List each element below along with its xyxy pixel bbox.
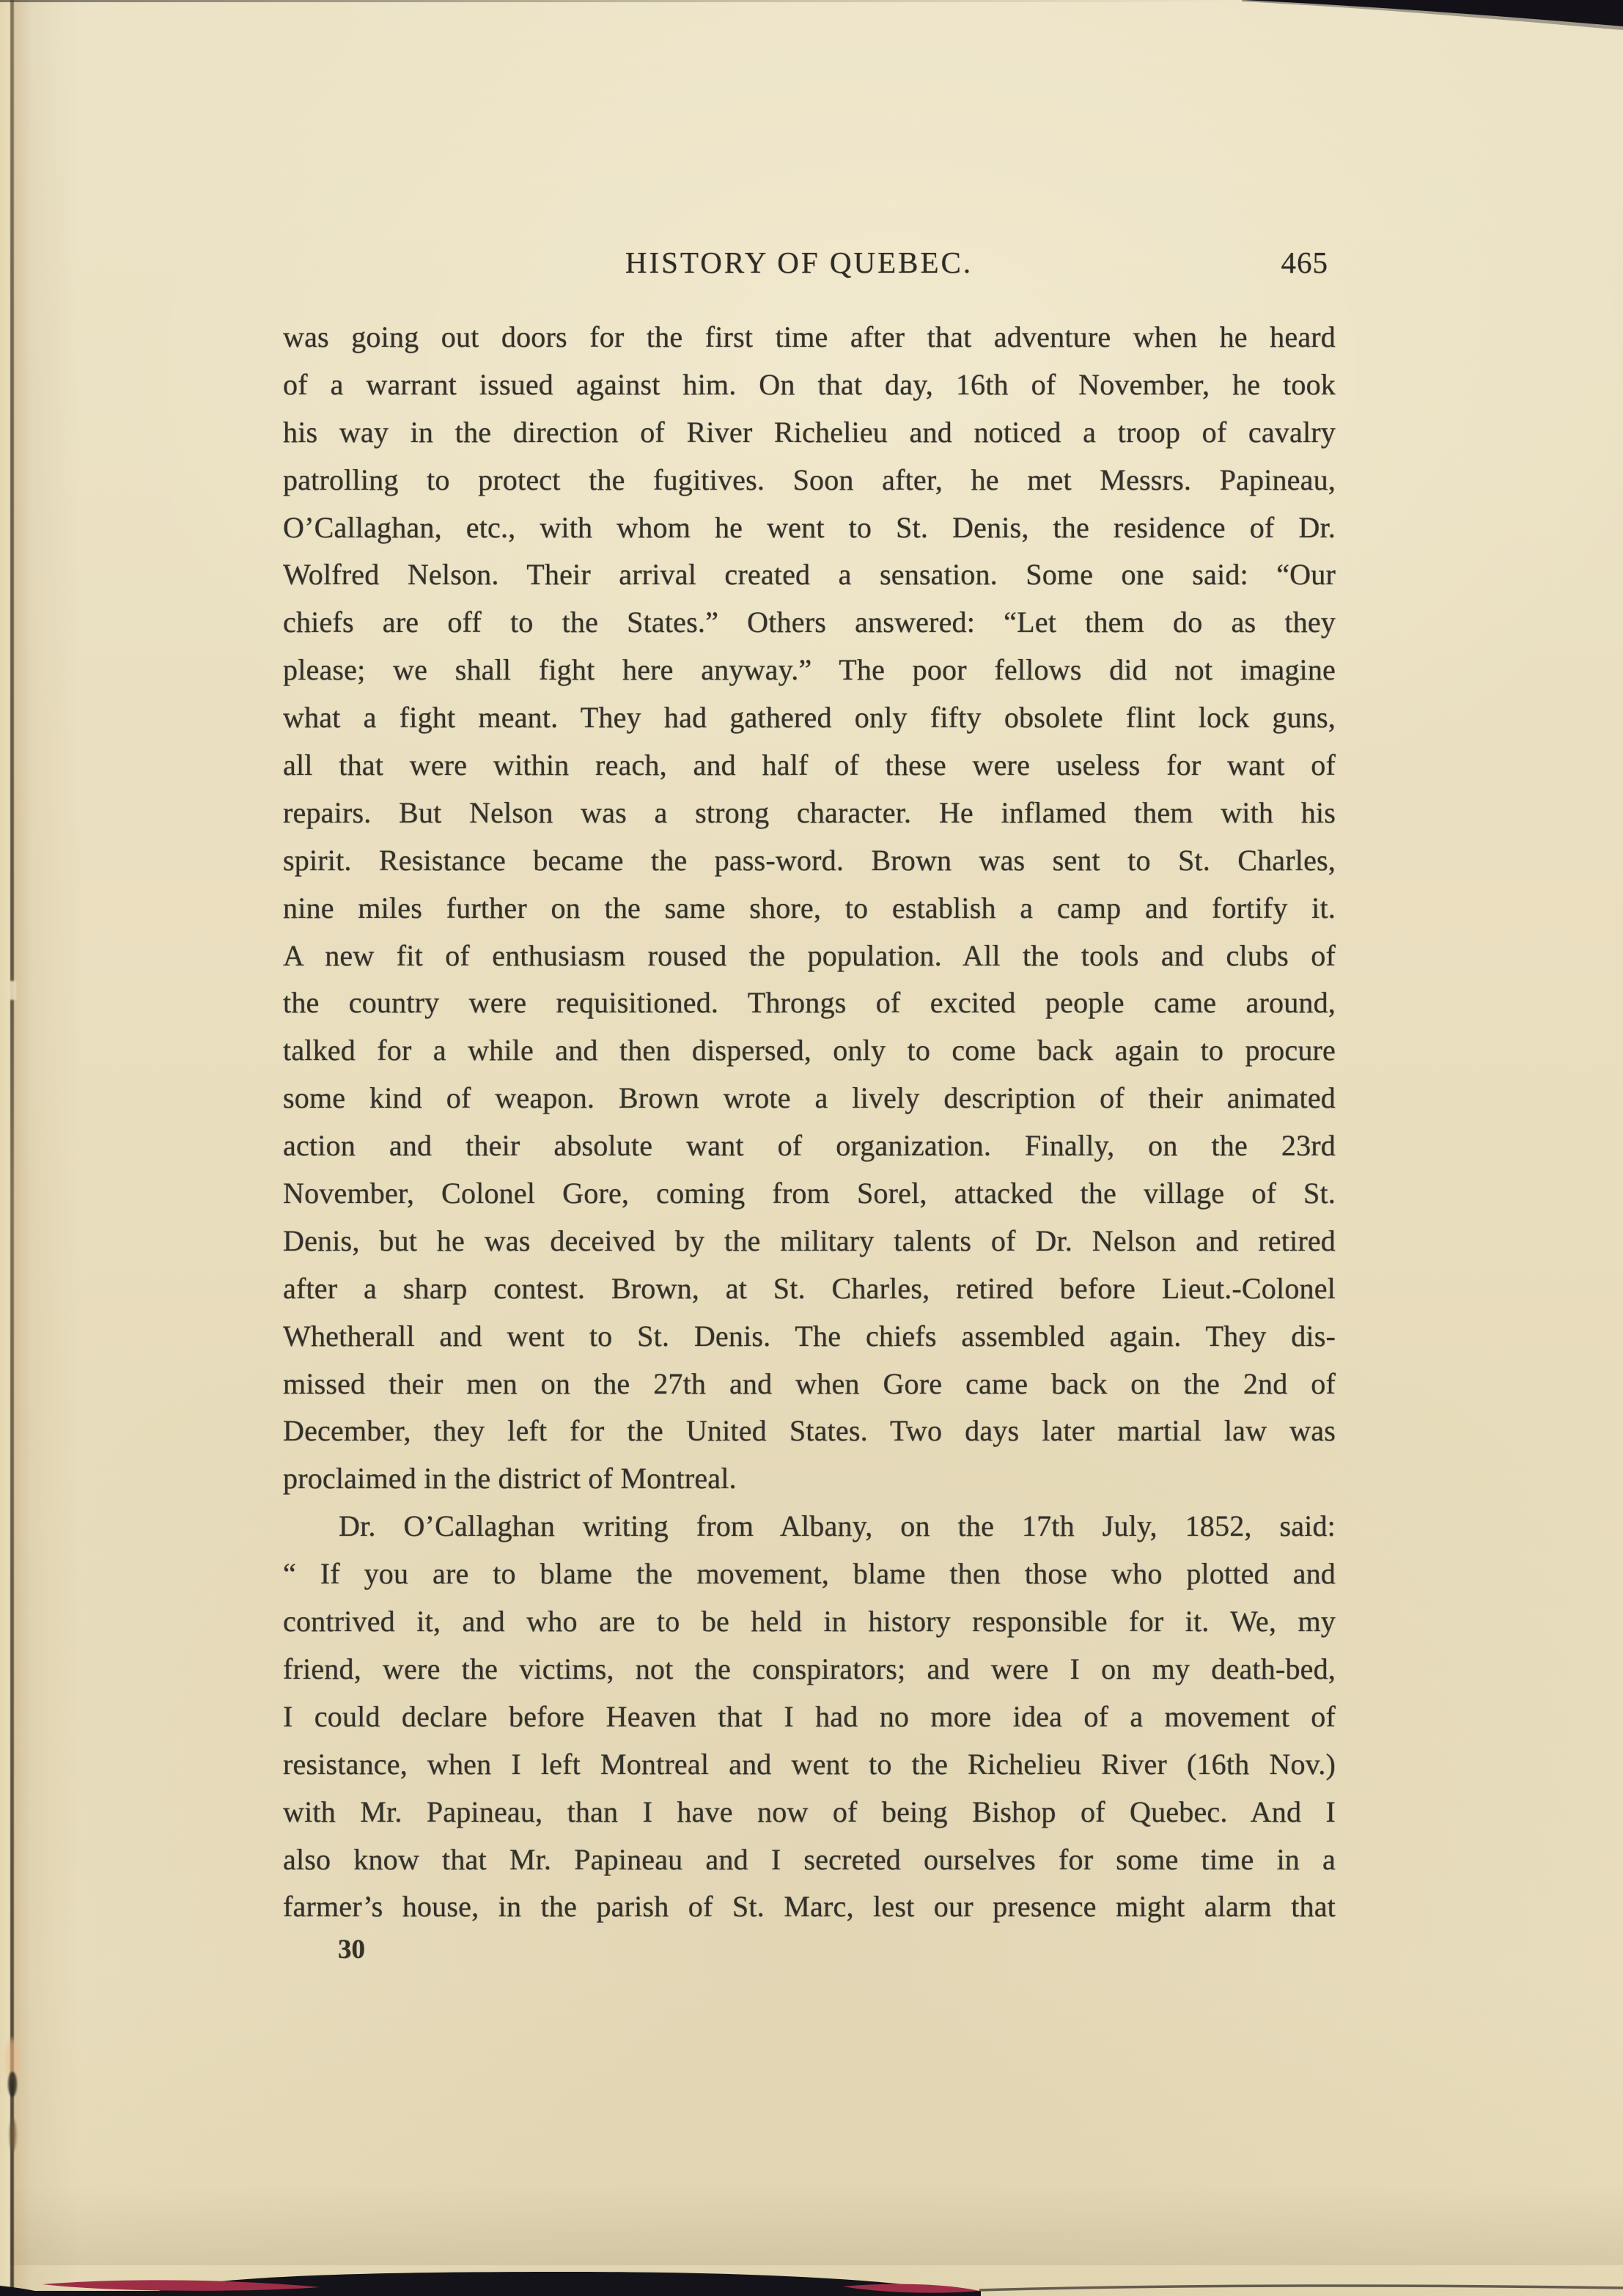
text-line: patrolling to protect the fugitives. Soo… [283, 457, 1336, 504]
crease-knot [8, 2072, 17, 2097]
text-line: farmer’s house, in the parish of St. Mar… [283, 1883, 1336, 1931]
text-line: was going out doors for the first time a… [283, 314, 1336, 361]
text-line: contrived it, and who are to be held in … [283, 1598, 1336, 1646]
page-number: 465 [1281, 245, 1329, 280]
text-line: with Mr. Papineau, than I have now of be… [283, 1789, 1336, 1836]
text-line: chiefs are off to the States.” Others an… [283, 599, 1336, 647]
text-line: please; we shall fight here anyway.” The… [283, 647, 1336, 694]
page-left-edge [0, 0, 10, 2296]
book-cover-top-right-corner [1242, 0, 1623, 34]
text-line: spirit. Resistance became the pass-word.… [283, 837, 1336, 885]
text-line: also know that Mr. Papineau and I secret… [283, 1836, 1336, 1884]
text-line: Dr. O’Callaghan writing from Albany, on … [283, 1503, 1336, 1550]
text-line: repairs. But Nelson was a strong charact… [283, 790, 1336, 837]
text-line: “ If you are to blame the movement, blam… [283, 1550, 1336, 1598]
text-line: proclaimed in the district of Montreal. [283, 1455, 1336, 1503]
text-line: the country were requisitioned. Throngs … [283, 979, 1336, 1027]
text-line: friend, were the victims, not the conspi… [283, 1646, 1336, 1693]
running-head: HISTORY OF QUEBEC. 465 [283, 245, 1336, 283]
running-head-title: HISTORY OF QUEBEC. [273, 245, 1325, 280]
text-line: of a warrant issued against him. On that… [283, 361, 1336, 409]
text-line: all that were within reach, and half of … [283, 742, 1336, 790]
text-line: after a sharp contest. Brown, at St. Cha… [283, 1265, 1336, 1313]
page-left-crease-halo [14, 0, 32, 2296]
text-line: missed their men on the 27th and when Go… [283, 1361, 1336, 1408]
crease-knot [10, 2119, 16, 2151]
text-line: Denis, but he was deceived by the milita… [283, 1218, 1336, 1265]
text-line: some kind of weapon. Brown wrote a livel… [283, 1075, 1336, 1122]
scan-top-edge-line [0, 0, 1246, 2]
text-line: November, Colonel Gore, coming from Sore… [283, 1170, 1336, 1218]
body-text: was going out doors for the first time a… [283, 314, 1336, 1931]
text-line: action and their absolute want of organi… [283, 1122, 1336, 1170]
text-line: what a fight meant. They had gathered on… [283, 694, 1336, 742]
book-cover-bottom-edge [0, 2251, 1623, 2296]
text-line: O’Callaghan, etc., with whom he went to … [283, 504, 1336, 552]
scanned-book-page: HISTORY OF QUEBEC. 465 was going out doo… [0, 0, 1623, 2296]
text-line: I could declare before Heaven that I had… [283, 1693, 1336, 1741]
text-line: Whetherall and went to St. Denis. The ch… [283, 1313, 1336, 1361]
text-line: A new fit of enthusiasm roused the popul… [283, 932, 1336, 980]
text-line: nine miles further on the same shore, to… [283, 885, 1336, 932]
text-line: talked for a while and then dispersed, o… [283, 1027, 1336, 1075]
crease-break [9, 981, 16, 1000]
text-line: his way in the direction of River Richel… [283, 409, 1336, 457]
text-line: December, they left for the United State… [283, 1408, 1336, 1455]
text-line: resistance, when I left Montreal and wen… [283, 1741, 1336, 1789]
text-line: Wolfred Nelson. Their arrival created a … [283, 551, 1336, 599]
signature-mark: 30 [338, 1934, 365, 1965]
